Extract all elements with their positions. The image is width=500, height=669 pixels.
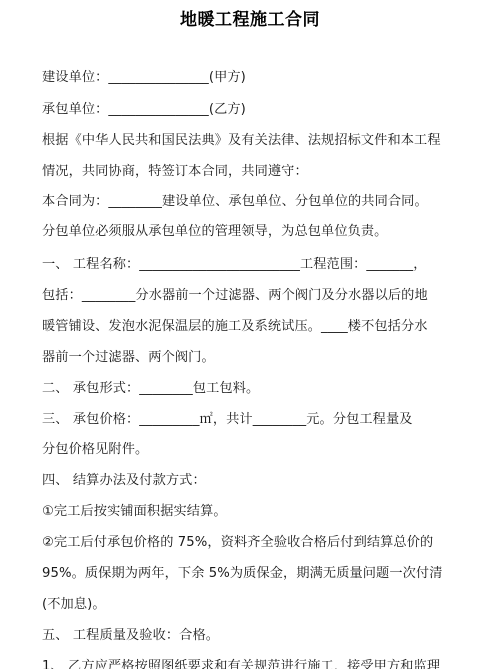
document-line: 分包价格见附件。 [42,438,148,457]
document-line: 95%。质保期为两年，下余 5%为质保金，期满无质量问题一次付清 [42,562,443,581]
document-title: 地暖工程施工合同 [0,5,500,30]
document-line: 分包单位必须服从承包单位的管理领导，为总包单位负责。 [42,220,387,239]
document-line: ①完工后按实铺面积据实结算。 [42,500,227,519]
document-line: 情况，共同协商，特签订本合同，共同遵守： [42,160,308,179]
document-line: ②完工后付承包价格的 75%，资料齐全验收合格后付到结算总价的 [42,531,433,550]
document-line: 本合同为：________建设单位、承包单位、分包单位的共同合同。 [42,190,428,209]
document-line: (不加息)。 [42,593,106,612]
document-line: 1、 乙方应严格按照图纸要求和有关规范进行施工，接受甲方和监理 [42,655,440,669]
document-line: 二、 承包形式：________包工包料。 [42,377,259,396]
document-line: 一、 工程名称：________________________工程范围：___… [42,253,427,272]
document-line: 暖管铺设、发泡水泥保温层的施工及系统试压。____楼不包括分水 [42,315,428,334]
document-line: 五、 工程质量及验收：合格。 [42,624,219,643]
document-line: 四、 结算办法及付款方式： [42,469,206,488]
document-line: 根据《中华人民共和国民法典》及有关法律、法规招标文件和本工程 [42,129,441,148]
document-line: 包括：________分水器前一个过滤器、两个阀门及分水器以后的地 [42,284,428,303]
document-line: 器前一个过滤器、两个阀门。 [42,346,215,365]
document-line: 三、 承包价格：_________㎡，共计________元。分包工程量及 [42,408,413,427]
document-line: 承包单位：_______________(乙方) [42,98,246,117]
document-line: 建设单位：_______________(甲方) [42,66,246,85]
